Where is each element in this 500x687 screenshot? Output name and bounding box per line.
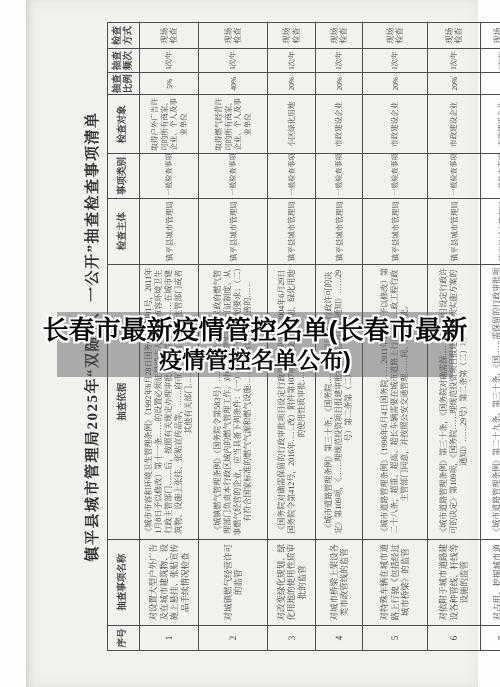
cell-frequency: 1次/年 [140,49,199,73]
cell-frequency: 1次/年 [363,49,428,73]
cell-name: 对依附于城市道路建设各种管线、杆线等设施的监管 [428,539,481,625]
cell-method: 现场检查 [199,23,268,49]
cell-basis: 《城市道路管理条例》（1996年6月4日国务院……2011年1月1日予以修改）第… [363,264,428,539]
cell-method: 现场检查 [363,23,428,49]
header-method: 检查方式 [108,23,140,49]
cell-subject: 镇平县城市管理局 [363,198,428,264]
screenshot-root: 镇平县城市管理局2025年“双随机、一公开”抽查检查事项清单 序号 抽查事项名称… [0,0,500,687]
cell-frequency: 1次/年 [316,49,363,73]
cell-basis: 《城市道路管理条例》第三十条，《国务院……审批项目设定行政许可的决定》第109项… [316,264,363,539]
header-item-name: 抽查事项名称 [108,539,140,625]
cell-name: 对改变绿化规划、绿化用地的使用性质审批的监管 [268,539,316,625]
cell-category: 一般检查事项 [316,154,363,198]
header-basis: 抽查依据 [108,264,140,539]
cell-frequency: 1次/年 [268,49,316,73]
header-subject: 检查主体 [108,198,140,264]
cell-ratio: 20% [268,73,316,95]
cell-seq: 5 [363,625,428,650]
banner-title-line2: 疫情管控名单公布) [159,346,351,374]
cell-subject: 镇平县城市管理局 [428,198,481,264]
header-frequency: 抽查频次 [108,49,140,73]
cell-name: 对占用、挖掘城市道路的监管 [481,539,500,625]
cell-target: 小区绿化用地 [268,95,316,154]
cell-subject: 镇平县城市管理局 [140,198,199,264]
cell-category: 一般检查事项 [428,154,481,198]
cell-basis: 《城镇燃气管理条例》（国务院令第583号）……级以上地方人民政府燃气管理部门负责… [199,264,268,539]
cell-ratio: 20% [481,73,500,95]
cell-seq: 2 [199,625,268,650]
cell-subject: 镇平县城市管理局 [199,198,268,264]
cell-target: 市政建设企业 [363,95,428,154]
cell-category: 一般检查事项 [481,154,500,198]
cell-method: 现场检查 [428,23,481,49]
cell-seq: 4 [316,625,363,650]
header-category: 事项类别 [108,154,140,198]
cell-basis: 《国务院对确需保留的行政审批项目设定行政许可的决定》（2004年6月29日国务院… [268,264,316,539]
cell-subject: 镇平县城市管理局 [481,198,500,264]
cell-target: 市政建设企业 [316,95,363,154]
cell-method: 现场检查 [140,23,199,49]
header-ratio: 抽查比例 [108,73,140,95]
cell-seq: 7 [481,625,500,650]
cell-subject: 镇平县城市管理局 [268,198,316,264]
cell-seq: 6 [428,625,481,650]
seo-title-banner: 长春市最新疫情管控名单(长春市最新 疫情管控名单公布) [57,312,453,377]
cell-name: 对设置大型户外广告及在城市建筑物、设施上悬挂、张贴宣传品手续情况检查 [140,539,199,625]
cell-frequency: 1次/年 [428,49,481,73]
cell-category: 一般检查事项 [268,154,316,198]
cell-category: 一般检查事项 [363,154,428,198]
cell-target: 取得户外广告许可的所有商家、企业、个人及事业单位 [140,95,199,154]
cell-basis: 《城市道路管理条例》第三十条，《国务院对确需保……审批项目设定行政许可的决定》第… [428,264,481,539]
cell-ratio: 20% [316,73,363,95]
cell-name: 对特殊车辆在城市道路上行驶《包括经过城市桥梁》的监管 [363,539,428,625]
cell-seq: 1 [140,625,199,650]
cell-ratio: 5% [140,73,199,95]
cell-ratio: 20% [428,73,481,95]
cell-category: 一般检查事项 [140,154,199,198]
cell-target: 市政建设企业 [481,95,500,154]
cell-frequency: 1次/年 [199,49,268,73]
cell-ratio: 20% [363,73,428,95]
cell-subject: 镇平县城市管理局 [316,198,363,264]
header-seq: 序号 [108,625,140,650]
cell-method: 现场检查 [481,23,500,49]
cell-method: 现场检查 [316,23,363,49]
banner-title-line1: 长春市最新疫情管控名单(长春市最新 [43,315,468,346]
cell-target: 取得燃气经营许可的所有商家、企业、个人及事业单位 [199,95,268,154]
cell-frequency: 1次/年 [481,49,500,73]
cell-name: 对城镇燃气经营许可的监管 [199,539,268,625]
cell-method: 现场检查 [268,23,316,49]
cell-ratio: 40% [199,73,268,95]
cell-target: 市政建设企业 [428,95,481,154]
cell-name: 对城市桥梁上架设各类市政管线的监管 [316,539,363,625]
cell-basis: 《城市道路管理条例》第二十九条、第三十条，《国……需保留的行政审批项目设定行政许… [481,264,500,539]
cell-category: 一般检查事项 [199,154,268,198]
cell-basis: 《城市市容和环境卫生管理条例》（1992年6月28日国务院令第101号，2011… [140,264,199,539]
cell-seq: 3 [268,625,316,650]
header-target: 检查对象 [108,95,140,154]
table-row: 7对占用、挖掘城市道路的监管《城市道路管理条例》第二十九条、第三十条，《国……需… [481,23,500,651]
